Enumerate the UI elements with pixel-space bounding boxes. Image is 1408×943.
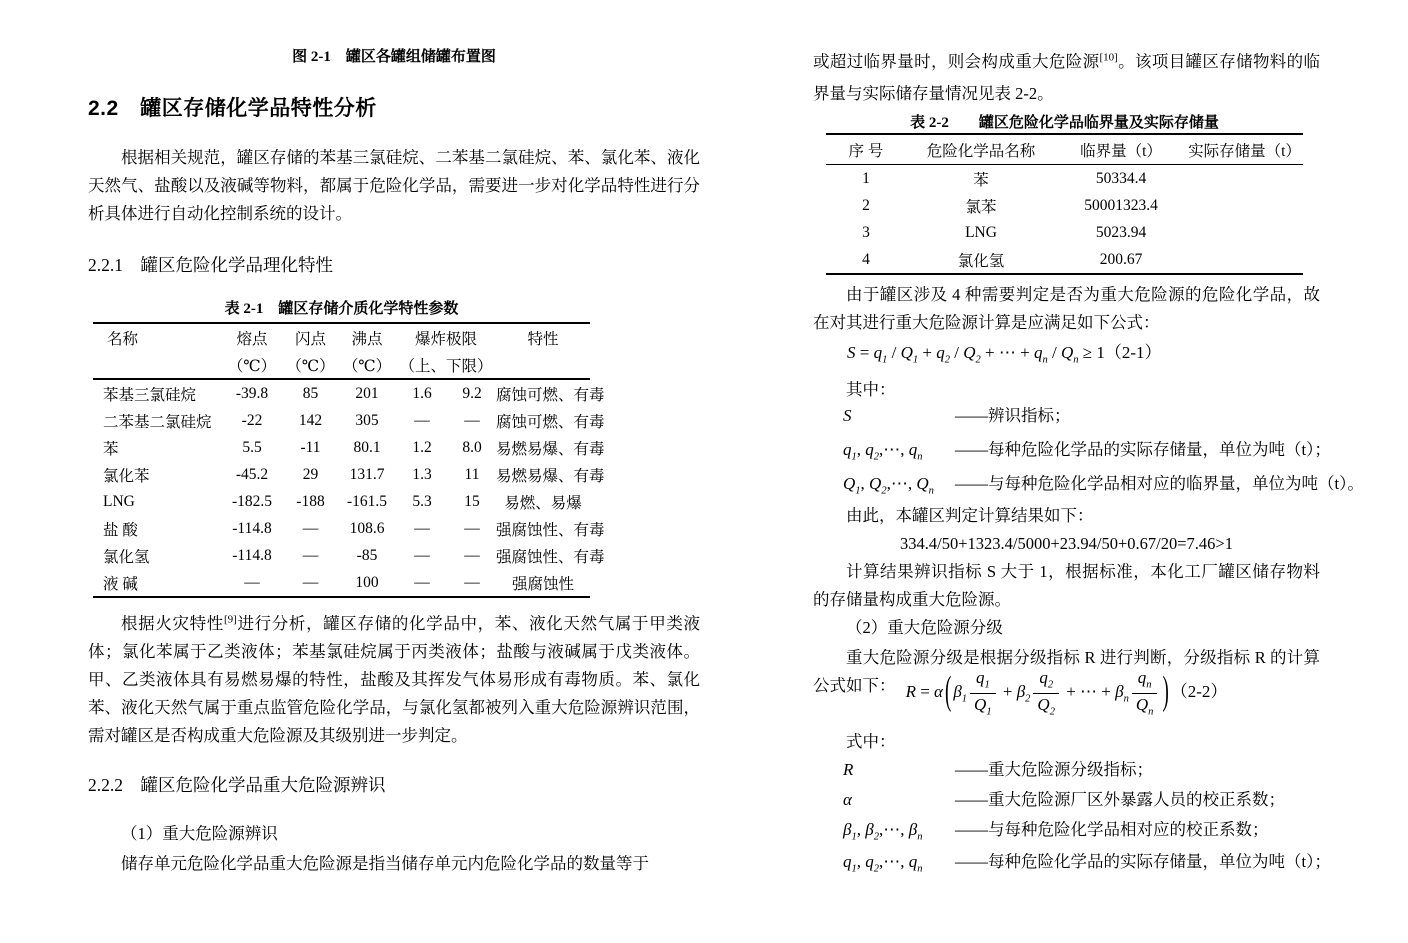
- cell: 1.3: [396, 461, 448, 488]
- definition-row-R: R ——重大危险源分级指标；: [813, 756, 1320, 784]
- cell: 200.67: [1056, 246, 1186, 274]
- cell: 1.6: [396, 379, 448, 407]
- cell: 3: [826, 219, 906, 246]
- definition-term: R: [813, 756, 955, 784]
- intro-paragraph: 根据相关规范，罐区存储的苯基三氯硅烷、二苯基二氯硅烷、苯、氯化苯、液化天然气、盐…: [88, 144, 700, 228]
- cell: 11: [448, 461, 496, 488]
- definition-row-alpha: α ——重大危险源厂区外暴露人员的校正系数；: [813, 786, 1320, 814]
- cell: 108.6: [338, 515, 396, 542]
- col-header-blank: [496, 351, 590, 379]
- table-header-row: 序 号 危险化学品名称 临界量（t） 实际存储量（t）: [826, 134, 1303, 165]
- definition-desc: ——辨识指标；: [955, 402, 1320, 430]
- cell: LNG: [93, 488, 221, 515]
- table-header-unit-row: （℃） （℃） （℃） （上、下限）: [93, 351, 590, 379]
- cell: 氯化氢: [93, 542, 221, 569]
- definition-row-Q: Q1, Q2,⋯, Qn ——与每种危险化学品相对应的临界量，单位为吨（t）。: [813, 470, 1320, 505]
- table-2-1-caption: 表 2-1 罐区存储介质化学特性参数: [93, 298, 590, 320]
- cell: 305: [338, 407, 396, 434]
- cell: -188: [283, 488, 338, 515]
- where-label-1: 其中：: [813, 376, 1320, 404]
- table-2-1-header: 名称 熔点 闪点 沸点 爆炸极限 特性 （℃） （℃） （℃） （上、下限）: [93, 323, 590, 379]
- cell: 强腐蚀性、有毒: [496, 515, 590, 542]
- col-header-flash-unit: （℃）: [283, 351, 338, 379]
- cell: 80.1: [338, 434, 396, 461]
- formula-2-2: R = α(β1q1Q1 + β2q2Q2 + ⋯ + βnqnQn)（2-2）: [813, 668, 1320, 718]
- table-2-2-caption: 表 2-2 罐区危险化学品临界量及实际存储量: [826, 112, 1303, 134]
- definition-desc: ——重大危险源厂区外暴露人员的校正系数；: [955, 786, 1320, 814]
- col-header-blank: [93, 351, 221, 379]
- definition-term: α: [813, 786, 955, 814]
- list-item-2: （2）重大危险源分级: [813, 614, 1320, 642]
- col-header-explosion-range: （上、下限）: [396, 351, 496, 379]
- document-page: { "colors": {"text": "#000000", "backgro…: [0, 0, 1408, 943]
- table-2-1-body: 苯基三氯硅烷-39.8852011.69.2腐蚀可燃、有毒二苯基二氯硅烷-221…: [93, 379, 590, 597]
- cell: [1186, 192, 1303, 219]
- cell: 氯化苯: [93, 461, 221, 488]
- formula-2-1-expression: S = q1 / Q1 + q2 / Q2 + ⋯ + qn / Qn ≥ 1: [847, 343, 1105, 362]
- cell: —: [448, 569, 496, 597]
- cell: [1186, 165, 1303, 193]
- formula-2-2-tag: （2-2）: [1171, 682, 1228, 701]
- citation-ref-10: [10]: [1099, 52, 1117, 64]
- table-2-1: 名称 熔点 闪点 沸点 爆炸极限 特性 （℃） （℃） （℃） （上、下限） 苯…: [93, 322, 590, 598]
- table-2-2-header: 序 号 危险化学品名称 临界量（t） 实际存储量（t）: [826, 134, 1303, 165]
- criteria-paragraph: 由于罐区涉及 4 种需要判定是否为重大危险源的危险化学品，故在对其进行重大危险源…: [813, 281, 1320, 337]
- right-column: 或超过临界量时，则会构成重大危险源[10]。该项目罐区存储物料的临界量与实际储存…: [813, 0, 1320, 943]
- cell: -182.5: [221, 488, 283, 515]
- cell: —: [283, 515, 338, 542]
- section-heading-2-2-2: 2.2.2 罐区危险化学品重大危险源辨识: [88, 772, 700, 797]
- cell: -22: [221, 407, 283, 434]
- cell: -114.8: [221, 542, 283, 569]
- cell: 二苯基二氯硅烷: [93, 407, 221, 434]
- cell: —: [221, 569, 283, 597]
- cell: 盐 酸: [93, 515, 221, 542]
- definition-desc: ——重大危险源分级指标；: [955, 756, 1320, 784]
- table-row: 1苯50334.4: [826, 165, 1303, 193]
- formula-2-2-expression: R = α(β1q1Q1 + β2q2Q2 + ⋯ + βnqnQn): [906, 682, 1171, 701]
- cell: —: [396, 542, 448, 569]
- definition-row-s: S ——辨识指标；: [813, 402, 1320, 430]
- result-intro: 由此，本罐区判定计算结果如下：: [813, 502, 1320, 530]
- cell: 易燃易爆、有毒: [496, 434, 590, 461]
- definition-desc: ——与每种危险化学品相对应的校正系数；: [955, 816, 1320, 851]
- definition-row-q: q1, q2,⋯, qn ——每种危险化学品的实际存储量，单位为吨（t）；: [813, 436, 1320, 471]
- cell: —: [283, 569, 338, 597]
- cell: -114.8: [221, 515, 283, 542]
- table-row: 盐 酸-114.8—108.6——强腐蚀性、有毒: [93, 515, 590, 542]
- cell: 氯化氢: [906, 246, 1056, 274]
- definition-row-beta: β1, β2,⋯, βn ——与每种危险化学品相对应的校正系数；: [813, 816, 1320, 851]
- col-header-boiling-unit: （℃）: [338, 351, 396, 379]
- definition-term: β1, β2,⋯, βn: [813, 816, 955, 851]
- cell: 201: [338, 379, 396, 407]
- cell: 易燃、易爆: [496, 488, 590, 515]
- cell: 142: [283, 407, 338, 434]
- cell: —: [448, 515, 496, 542]
- table-2-2-body: 1苯50334.42氯苯50001323.43LNG5023.944氯化氢200…: [826, 165, 1303, 275]
- cell: 5.3: [396, 488, 448, 515]
- table-2-2-wrapper: 序 号 危险化学品名称 临界量（t） 实际存储量（t） 1苯50334.42氯苯…: [813, 133, 1320, 275]
- table-2-1-wrapper: 名称 熔点 闪点 沸点 爆炸极限 特性 （℃） （℃） （℃） （上、下限） 苯…: [88, 322, 700, 598]
- table-row: LNG-182.5-188-161.55.315易燃、易爆: [93, 488, 590, 515]
- cell: 强腐蚀性、有毒: [496, 542, 590, 569]
- cell: 5.5: [221, 434, 283, 461]
- table-row: 二苯基二氯硅烷-22142305——腐蚀可燃、有毒: [93, 407, 590, 434]
- cell: -11: [283, 434, 338, 461]
- cell: 131.7: [338, 461, 396, 488]
- list-item-1: （1）重大危险源辨识: [88, 820, 700, 848]
- col-header-property: 特性: [496, 323, 590, 351]
- cell: 1.2: [396, 434, 448, 461]
- fire-paragraph-post: 进行分析，罐区存储的化学品中，苯、液化天然气属于甲类液体；氯化苯属于乙类液体；苯…: [88, 614, 700, 745]
- cell: 50334.4: [1056, 165, 1186, 193]
- col-header-chemical-name: 危险化学品名称: [906, 134, 1056, 165]
- definition-term: q1, q2,⋯, qn: [813, 848, 955, 883]
- cell: -39.8: [221, 379, 283, 407]
- cell: —: [396, 515, 448, 542]
- cell: -161.5: [338, 488, 396, 515]
- cell: 强腐蚀性: [496, 569, 590, 597]
- cell: 9.2: [448, 379, 496, 407]
- citation-ref-9: [9]: [224, 614, 237, 626]
- result-paragraph: 计算结果辨识指标 S 大于 1，根据标准，本化工厂罐区储存物料的存储量构成重大危…: [813, 558, 1320, 614]
- cell: 腐蚀可燃、有毒: [496, 379, 590, 407]
- cell: 50001323.4: [1056, 192, 1186, 219]
- table-row: 氯化氢-114.8—-85——强腐蚀性、有毒: [93, 542, 590, 569]
- col-header-serial: 序 号: [826, 134, 906, 165]
- table-row: 苯基三氯硅烷-39.8852011.69.2腐蚀可燃、有毒: [93, 379, 590, 407]
- formula-2-1: S = q1 / Q1 + q2 / Q2 + ⋯ + qn / Qn ≥ 1（…: [813, 338, 1320, 375]
- definition-desc: ——与每种危险化学品相对应的临界量，单位为吨（t）。: [955, 470, 1364, 505]
- cell: 1: [826, 165, 906, 193]
- col-header-actual-qty: 实际存储量（t）: [1186, 134, 1303, 165]
- cell: 2: [826, 192, 906, 219]
- col-header-boiling-point: 沸点: [338, 323, 396, 351]
- cell: —: [448, 407, 496, 434]
- figure-caption: 图 2-1 罐区各罐组储罐布置图: [88, 46, 700, 68]
- table-row: 苯5.5-1180.11.28.0易燃易爆、有毒: [93, 434, 590, 461]
- cell: 5023.94: [1056, 219, 1186, 246]
- cell: 85: [283, 379, 338, 407]
- cell: 腐蚀可燃、有毒: [496, 407, 590, 434]
- cell: 液 碱: [93, 569, 221, 597]
- col-header-critical-qty: 临界量（t）: [1056, 134, 1186, 165]
- definition-term: S: [813, 402, 955, 430]
- table-2-2: 序 号 危险化学品名称 临界量（t） 实际存储量（t） 1苯50334.42氯苯…: [826, 133, 1303, 275]
- cell: 4: [826, 246, 906, 274]
- cell: —: [283, 542, 338, 569]
- identify-paragraph: 储存单元危险化学品重大危险源是指当储存单元内危险化学品的数量等于: [88, 850, 700, 878]
- cell: -85: [338, 542, 396, 569]
- col-header-melting-point: 熔点: [221, 323, 283, 351]
- table-row: 4氯化氢200.67: [826, 246, 1303, 274]
- cell: 苯基三氯硅烷: [93, 379, 221, 407]
- cell: 苯: [93, 434, 221, 461]
- table-row: 氯化苯-45.229131.71.311易燃易爆、有毒: [93, 461, 590, 488]
- cell: —: [448, 542, 496, 569]
- col-header-melting-unit: （℃）: [221, 351, 283, 379]
- cell: [1186, 219, 1303, 246]
- cell: LNG: [906, 219, 1056, 246]
- fire-analysis-paragraph: 根据火灾特性[9]进行分析，罐区存储的化学品中，苯、液化天然气属于甲类液体；氯化…: [88, 610, 700, 750]
- table-row: 液 碱——100——强腐蚀性: [93, 569, 590, 597]
- cell: 苯: [906, 165, 1056, 193]
- table-row: 2氯苯50001323.4: [826, 192, 1303, 219]
- cell: 8.0: [448, 434, 496, 461]
- calc-result-line: 334.4/50+1323.4/5000+23.94/50+0.67/20=7.…: [813, 530, 1320, 558]
- cell: 15: [448, 488, 496, 515]
- section-heading-2-2: 2.2 罐区存储化学品特性分析: [88, 92, 700, 122]
- cell: -45.2: [221, 461, 283, 488]
- definition-term: q1, q2,⋯, qn: [813, 436, 955, 471]
- formula-2-1-tag: （2-1）: [1105, 343, 1162, 362]
- definition-desc: ——每种危险化学品的实际存储量，单位为吨（t）；: [955, 848, 1331, 883]
- col-header-name: 名称: [93, 323, 221, 351]
- definition-desc: ——每种危险化学品的实际存储量，单位为吨（t）；: [955, 436, 1331, 471]
- cell: 100: [338, 569, 396, 597]
- cell: 易燃易爆、有毒: [496, 461, 590, 488]
- col-header-explosion-limit: 爆炸极限: [396, 323, 496, 351]
- table-header-row: 名称 熔点 闪点 沸点 爆炸极限 特性: [93, 323, 590, 351]
- left-column: 图 2-1 罐区各罐组储罐布置图 2.2 罐区存储化学品特性分析 根据相关规范，…: [88, 0, 700, 943]
- fire-paragraph-pre: 根据火灾特性: [121, 614, 224, 633]
- cell: [1186, 246, 1303, 274]
- col-header-flash-point: 闪点: [283, 323, 338, 351]
- cell: —: [396, 569, 448, 597]
- cell: 29: [283, 461, 338, 488]
- table-row: 3LNG5023.94: [826, 219, 1303, 246]
- continuation-pre: 或超过临界量时，则会构成重大危险源: [813, 52, 1099, 71]
- section-heading-2-2-1: 2.2.1 罐区危险化学品理化特性: [88, 252, 700, 277]
- continuation-paragraph: 或超过临界量时，则会构成重大危险源[10]。该项目罐区存储物料的临界量与实际储存…: [813, 46, 1320, 110]
- where-label-2: 式中：: [813, 728, 1320, 756]
- definition-term: Q1, Q2,⋯, Qn: [813, 470, 955, 505]
- cell: 氯苯: [906, 192, 1056, 219]
- definition-row-q2: q1, q2,⋯, qn ——每种危险化学品的实际存储量，单位为吨（t）；: [813, 848, 1320, 883]
- cell: —: [396, 407, 448, 434]
